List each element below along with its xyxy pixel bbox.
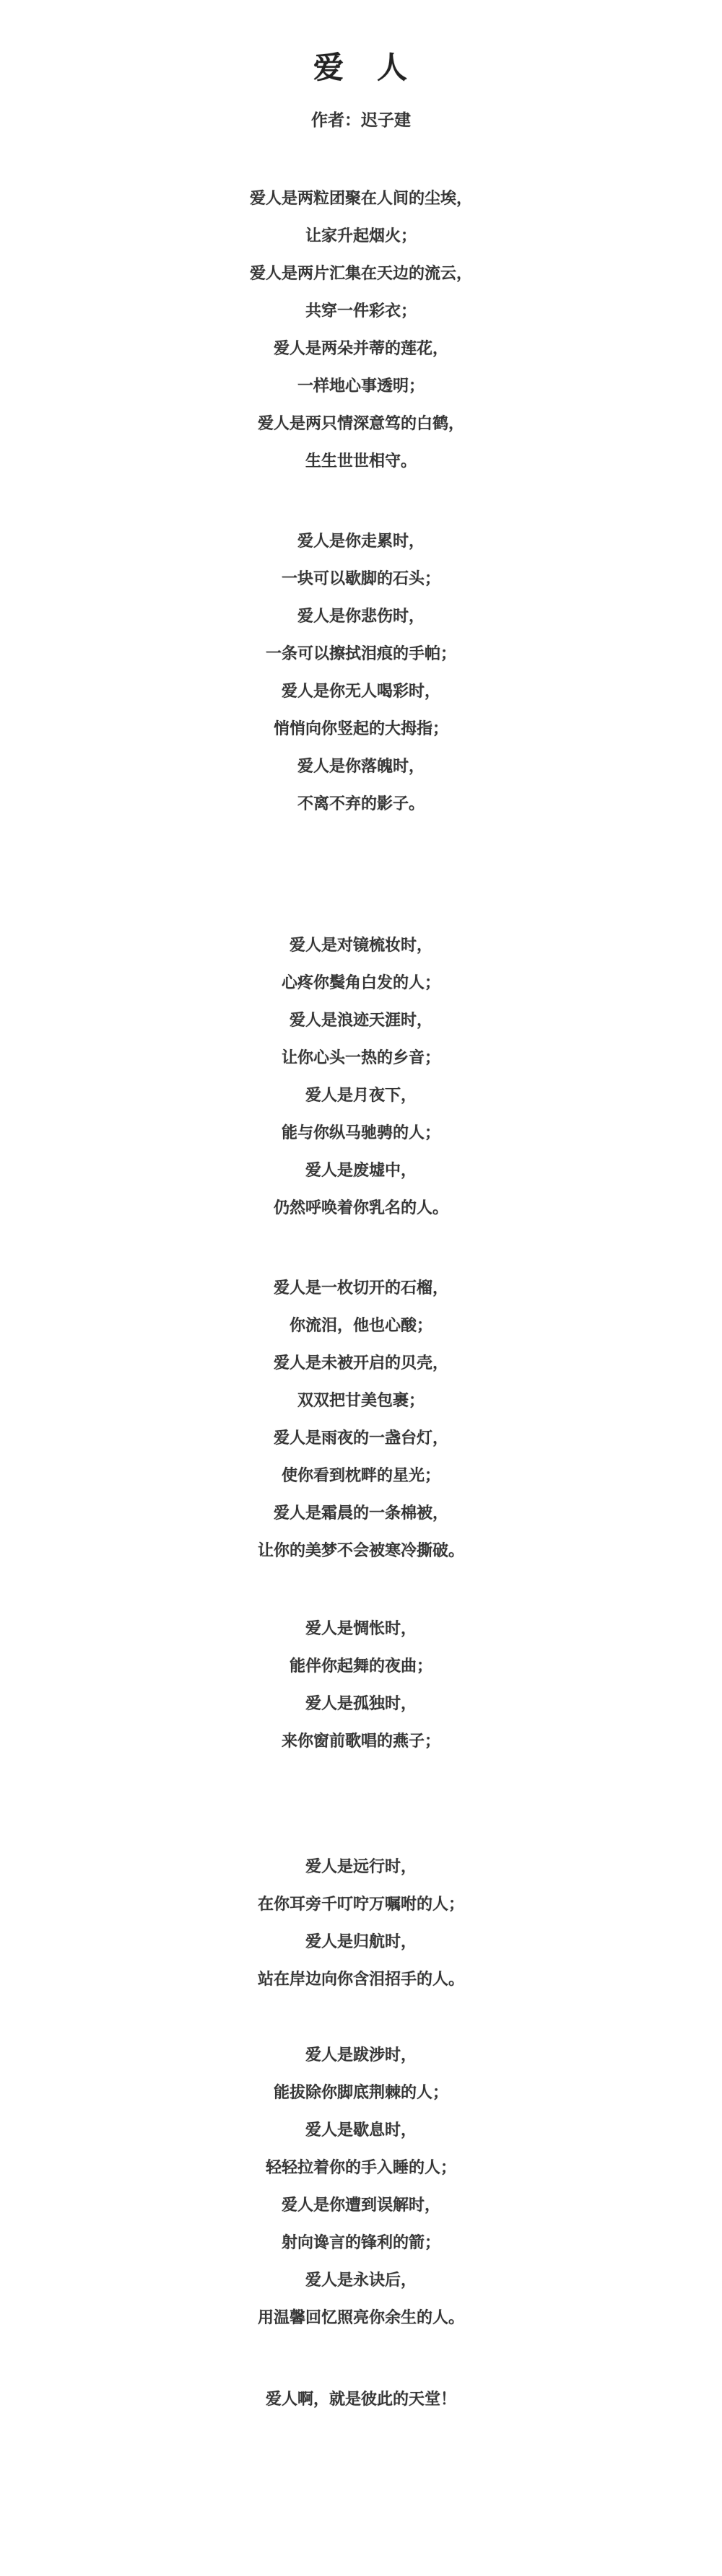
stanza: 爱人是两粒团聚在人间的尘埃，让家升起烟火；爱人是两片汇集在天边的流云，共穿一件彩… <box>0 180 722 480</box>
poem-line: 爱人是两片汇集在天边的流云， <box>0 255 722 292</box>
poem-line: 让家升起烟火； <box>0 217 722 255</box>
poem-line: 爱人是跋涉时， <box>0 2036 722 2074</box>
poem-line: 爱人是两朵并蒂的莲花， <box>0 330 722 367</box>
poem-line: 心疼你鬓角白发的人； <box>0 964 722 1002</box>
poem-line: 仍然呼唤着你乳名的人。 <box>0 1189 722 1227</box>
poem-line: 爱人是你走累时， <box>0 522 722 560</box>
poem-line: 爱人是一枚切开的石榴， <box>0 1269 722 1307</box>
poem-line: 用温馨回忆照亮你余生的人。 <box>0 2299 722 2336</box>
poem-line: 爱人是霜晨的一条棉被， <box>0 1494 722 1532</box>
poem-line: 爱人是雨夜的一盏台灯， <box>0 1419 722 1457</box>
poem-line: 爱人是孤独时， <box>0 1685 722 1722</box>
poem-line: 爱人是归航时， <box>0 1923 722 1961</box>
stanza: 爱人是你走累时，一块可以歇脚的石头；爱人是你悲伤时，一条可以擦拭泪痕的手帕；爱人… <box>0 522 722 823</box>
poem-line: 让你心头一热的乡音； <box>0 1039 722 1077</box>
poem-line: 使你看到枕畔的星光； <box>0 1457 722 1494</box>
poem-line: 爱人是浪迹天涯时， <box>0 1002 722 1039</box>
poem-line: 轻轻拉着你的手入睡的人； <box>0 2149 722 2186</box>
stanza: 爱人是惆怅时，能伴你起舞的夜曲；爱人是孤独时，来你窗前歌唱的燕子； <box>0 1610 722 1760</box>
poem-line: 能伴你起舞的夜曲； <box>0 1647 722 1685</box>
poem-line: 爱人是远行时， <box>0 1848 722 1885</box>
poem-line: 爱人是两粒团聚在人间的尘埃， <box>0 180 722 217</box>
poem-line: 站在岸边向你含泪招手的人。 <box>0 1961 722 1998</box>
poem-line: 射向谗言的锋利的箭； <box>0 2224 722 2261</box>
poem-line: 爱人是惆怅时， <box>0 1610 722 1647</box>
poem-line: 让你的美梦不会被寒冷撕破。 <box>0 1532 722 1569</box>
poem-line: 爱人是两只情深意笃的白鹤， <box>0 405 722 442</box>
poem-line: 来你窗前歌唱的燕子； <box>0 1722 722 1760</box>
poem-line: 在你耳旁千叮咛万嘱咐的人； <box>0 1885 722 1923</box>
poem-line: 爱人是永诀后， <box>0 2261 722 2299</box>
poem-line: 爱人是你遭到误解时， <box>0 2186 722 2224</box>
poem-line: 爱人是废墟中， <box>0 1152 722 1189</box>
poem-line: 能与你纵马驰骋的人； <box>0 1114 722 1152</box>
poem-line: 爱人是月夜下， <box>0 1077 722 1114</box>
poem-line: 能拔除你脚底荆棘的人； <box>0 2074 722 2111</box>
poem-line: 共穿一件彩衣； <box>0 292 722 330</box>
poem-line: 不离不弃的影子。 <box>0 785 722 823</box>
poem-line: 你流泪，他也心酸； <box>0 1307 722 1344</box>
poem-line: 爱人是歇息时， <box>0 2111 722 2149</box>
stanza: 爱人是对镜梳妆时，心疼你鬓角白发的人；爱人是浪迹天涯时，让你心头一热的乡音；爱人… <box>0 926 722 1227</box>
poem-line: 爱人是对镜梳妆时， <box>0 926 722 964</box>
stanza: 爱人是跋涉时，能拔除你脚底荆棘的人；爱人是歇息时，轻轻拉着你的手入睡的人；爱人是… <box>0 2036 722 2336</box>
poem-line: 生生世世相守。 <box>0 442 722 480</box>
stanza: 爱人是一枚切开的石榴，你流泪，他也心酸；爱人是未被开启的贝壳，双双把甘美包裹；爱… <box>0 1269 722 1569</box>
poem-body: 爱人是两粒团聚在人间的尘埃，让家升起烟火；爱人是两片汇集在天边的流云，共穿一件彩… <box>0 180 722 2336</box>
closing-line: 爱人啊，就是彼此的天堂！ <box>0 2380 722 2418</box>
poem-line: 一条可以擦拭泪痕的手帕； <box>0 635 722 673</box>
poem-title: 爱 人 <box>0 45 722 92</box>
poem-line: 爱人是你悲伤时， <box>0 597 722 635</box>
poem-line: 一块可以歇脚的石头； <box>0 560 722 597</box>
poem-line: 爱人是你无人喝彩时， <box>0 673 722 710</box>
poem-line: 爱人是未被开启的贝壳， <box>0 1344 722 1382</box>
poem-line: 双双把甘美包裹； <box>0 1382 722 1419</box>
poem-line: 悄悄向你竖起的大拇指； <box>0 710 722 748</box>
poem-line: 爱人是你落魄时， <box>0 748 722 785</box>
poem-author: 作者：迟子建 <box>0 109 722 132</box>
poem-page: 爱 人 作者：迟子建 爱人是两粒团聚在人间的尘埃，让家升起烟火；爱人是两片汇集在… <box>0 0 722 2576</box>
poem-line: 一样地心事透明； <box>0 367 722 405</box>
stanza: 爱人是远行时，在你耳旁千叮咛万嘱咐的人；爱人是归航时，站在岸边向你含泪招手的人。 <box>0 1848 722 1998</box>
